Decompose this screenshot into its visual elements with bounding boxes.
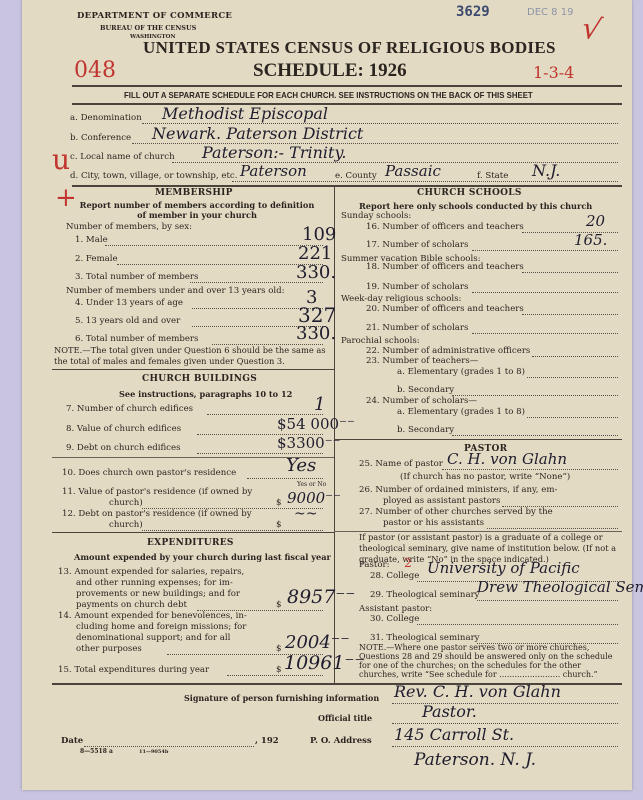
schools-subheading: Report here only schools conducted by th… bbox=[359, 201, 592, 211]
local-name-label: c. Local name of church bbox=[70, 152, 175, 162]
q23-label: 23. Number of teachers— bbox=[366, 356, 478, 366]
state-label: f. State bbox=[477, 171, 508, 181]
denomination-field[interactable]: Methodist Episcopal bbox=[162, 104, 328, 123]
q30-label: 30. College bbox=[370, 614, 419, 624]
q27-label-2: pastor or his assistants bbox=[383, 518, 484, 528]
pastor-note: NOTE.—Where one pastor serves two or mor… bbox=[359, 643, 621, 679]
edifices-count-field[interactable]: 1 bbox=[314, 394, 325, 415]
weekday-schools-label: Week-day religious schools: bbox=[341, 294, 461, 304]
signature-field[interactable]: Rev. C. H. von Glahn bbox=[394, 682, 561, 701]
address-label: P. O. Address bbox=[310, 736, 372, 746]
total-expenditures-field[interactable]: 10961⁻⁻ bbox=[284, 652, 365, 674]
official-title-label: Official title bbox=[318, 713, 372, 723]
department-label: DEPARTMENT OF COMMERCE bbox=[77, 11, 232, 21]
q13-label: 13. Amount expended for salaries, repair… bbox=[58, 567, 244, 577]
annotation-code: 048 bbox=[74, 58, 116, 83]
denomination-label: a. Denomination bbox=[70, 113, 142, 123]
state-field[interactable]: N.J. bbox=[532, 161, 560, 180]
sunday-scholars-field[interactable]: 165. bbox=[574, 231, 607, 249]
owns-residence-field[interactable]: Yes bbox=[286, 455, 316, 476]
city-label-field: d. City, town, village, or township, etc… bbox=[70, 171, 237, 181]
q16-label: 16. Number of officers and teachers bbox=[366, 222, 524, 232]
benevolences-field[interactable]: 2004⁻⁻ bbox=[285, 632, 350, 653]
q23b-label: b. Secondary bbox=[397, 385, 454, 395]
seminary-field[interactable]: Drew Theological Sem. bbox=[477, 578, 643, 596]
residence-debt-field[interactable]: ~~ bbox=[294, 506, 317, 522]
expenditures-heading: EXPENDITURES bbox=[147, 538, 234, 548]
age-label: Number of members under and over 13 year… bbox=[66, 286, 285, 296]
q26-label: 26. Number of ordained ministers, if any… bbox=[359, 485, 557, 495]
q20-label: 20. Number of officers and teachers bbox=[366, 304, 524, 314]
q15-label: 15. Total expenditures during year bbox=[58, 665, 209, 675]
total-members-field[interactable]: 330. bbox=[296, 262, 336, 283]
currency-symbol: $ bbox=[276, 600, 281, 610]
address-field[interactable]: 145 Carroll St. bbox=[394, 725, 514, 744]
form-code: 8—5518 a bbox=[80, 748, 113, 755]
currency-symbol: $ bbox=[276, 644, 281, 654]
parochial-schools-label: Parochial schools: bbox=[341, 336, 420, 346]
q8-label: 8. Value of church edifices bbox=[66, 424, 181, 434]
bureau-label: BUREAU OF THE CENSUS bbox=[100, 24, 196, 32]
q13-label-3: provements or new buildings; and for bbox=[76, 589, 240, 599]
conference-field[interactable]: Newark. Paterson District bbox=[152, 124, 363, 143]
q18-label: 18. Number of officers and teachers bbox=[366, 262, 524, 272]
q25-label: 25. Name of pastor bbox=[359, 459, 443, 469]
college-field[interactable]: University of Pacific bbox=[427, 559, 580, 577]
red-cross-annotation: + bbox=[55, 183, 77, 213]
official-title-field[interactable]: Pastor. bbox=[422, 702, 477, 721]
address-field-2[interactable]: Paterson. N. J. bbox=[414, 750, 536, 770]
q24a-label: a. Elementary (grades 1 to 8) bbox=[397, 407, 525, 417]
q1-label: 1. Male bbox=[75, 235, 108, 245]
female-count-field[interactable]: 221 bbox=[298, 243, 332, 264]
annotation-ref: 1-3-4 bbox=[533, 63, 574, 82]
stamp-date: DEC 8 19 bbox=[527, 7, 573, 18]
running-expenses-field[interactable]: 8957⁻⁻ bbox=[287, 586, 355, 608]
pastor-label: Pastor: bbox=[359, 560, 390, 570]
pastor-mark-annotation: 2 bbox=[404, 556, 412, 570]
q12-label: 12. Debt on pastor's residence (if owned… bbox=[62, 509, 252, 519]
local-name-field[interactable]: Paterson:- Trinity. bbox=[202, 143, 346, 162]
q11-label-2: church) bbox=[109, 498, 143, 508]
q5-label: 5. 13 years old and over bbox=[75, 316, 180, 326]
buildings-subheading: See instructions, paragraphs 10 to 12 bbox=[119, 389, 292, 399]
q21-label: 21. Number of scholars bbox=[366, 323, 468, 333]
q24b-label: b. Secondary bbox=[397, 425, 454, 435]
stamp-number: 3629 bbox=[456, 4, 490, 20]
by-sex-label: Number of members, by sex: bbox=[66, 222, 192, 232]
sunday-teachers-field[interactable]: 20 bbox=[586, 212, 605, 230]
q12-label-2: church) bbox=[109, 520, 143, 530]
conference-label: b. Conference bbox=[70, 133, 131, 143]
expenditures-subheading: Amount expended by your church during la… bbox=[74, 552, 331, 562]
q11-label: 11. Value of pastor's residence (if owne… bbox=[62, 487, 252, 497]
q2-label: 2. Female bbox=[75, 254, 118, 264]
q3-label: 3. Total number of members bbox=[75, 272, 198, 282]
red-mark-annotation: u bbox=[52, 143, 70, 176]
q14-label: 14. Amount expended for benevolences, in… bbox=[58, 611, 247, 621]
census-schedule-page: DEPARTMENT OF COMMERCE BUREAU OF THE CEN… bbox=[22, 0, 632, 790]
q29-label: 29. Theological seminary bbox=[370, 590, 480, 600]
county-label: e. County bbox=[335, 171, 377, 181]
edifices-value-field[interactable]: $54 000⁻⁻ bbox=[277, 415, 355, 433]
buildings-heading: CHURCH BUILDINGS bbox=[142, 374, 257, 384]
date-year-label: , 192 bbox=[255, 736, 279, 746]
form-title: UNITED STATES CENSUS OF RELIGIOUS BODIES bbox=[143, 38, 556, 58]
q7-label: 7. Number of church edifices bbox=[66, 404, 193, 414]
date-label: Date bbox=[61, 736, 83, 746]
membership-note: NOTE.—The total given under Question 6 s… bbox=[54, 345, 326, 367]
total-members-age-field[interactable]: 330. bbox=[296, 323, 336, 344]
schools-heading: CHURCH SCHOOLS bbox=[417, 188, 522, 198]
q24-label: 24. Number of scholars— bbox=[366, 396, 477, 406]
membership-heading: MEMBERSHIP bbox=[155, 188, 233, 198]
q10-label: 10. Does church own pastor's residence bbox=[62, 468, 236, 478]
q27-label: 27. Number of other churches served by t… bbox=[359, 507, 553, 517]
residence-value-field[interactable]: 9000⁻⁻ bbox=[287, 489, 341, 507]
city-field[interactable]: Paterson bbox=[240, 162, 307, 180]
q23a-label: a. Elementary (grades 1 to 8) bbox=[397, 367, 525, 377]
q28-label: 28. College bbox=[370, 571, 419, 581]
q25-hint: (If church has no pastor, write “None”) bbox=[400, 472, 570, 482]
yes-no-hint: Yes or No bbox=[297, 481, 326, 488]
q26-label-2: ployed as assistant pastors bbox=[383, 496, 500, 506]
q14-label-3: denominational support; and for all bbox=[76, 633, 230, 643]
q9-label: 9. Debt on church edifices bbox=[66, 443, 180, 453]
signature-label: Signature of person furnishing informati… bbox=[184, 693, 379, 703]
currency-symbol: $ bbox=[276, 498, 281, 508]
schedule-title: SCHEDULE: 1926 bbox=[253, 60, 407, 82]
currency-symbol: $ bbox=[276, 665, 281, 675]
q13-label-4: payments on church debt bbox=[76, 600, 187, 610]
q14-label-2: cluding home and foreign missions; for bbox=[76, 622, 246, 632]
male-count-field[interactable]: 109 bbox=[302, 224, 336, 245]
q6-label: 6. Total number of members bbox=[75, 334, 198, 344]
print-code: 11—9054b bbox=[139, 749, 168, 755]
instructions-line: FILL OUT A SEPARATE SCHEDULE FOR EACH CH… bbox=[124, 90, 533, 100]
q14-label-4: other purposes bbox=[76, 644, 142, 654]
pastor-name-field[interactable]: C. H. von Glahn bbox=[447, 450, 567, 468]
county-field[interactable]: Passaic bbox=[385, 162, 441, 180]
q13-label-2: and other running expenses; for im- bbox=[76, 578, 233, 588]
edifices-debt-field[interactable]: $3300⁻⁻ bbox=[277, 434, 341, 452]
sunday-schools-label: Sunday schools: bbox=[341, 211, 411, 221]
q31-label: 31. Theological seminary bbox=[370, 633, 480, 643]
q19-label: 19. Number of scholars bbox=[366, 282, 468, 292]
currency-symbol: $ bbox=[276, 520, 281, 530]
q17-label: 17. Number of scholars bbox=[366, 240, 468, 250]
q22-label: 22. Number of administrative officers bbox=[366, 346, 530, 356]
assistant-pastor-label: Assistant pastor: bbox=[359, 604, 432, 614]
check-mark-annotation: √ bbox=[579, 10, 605, 48]
membership-subheading: Report number of members according to de… bbox=[77, 200, 317, 220]
q4-label: 4. Under 13 years of age bbox=[75, 298, 183, 308]
